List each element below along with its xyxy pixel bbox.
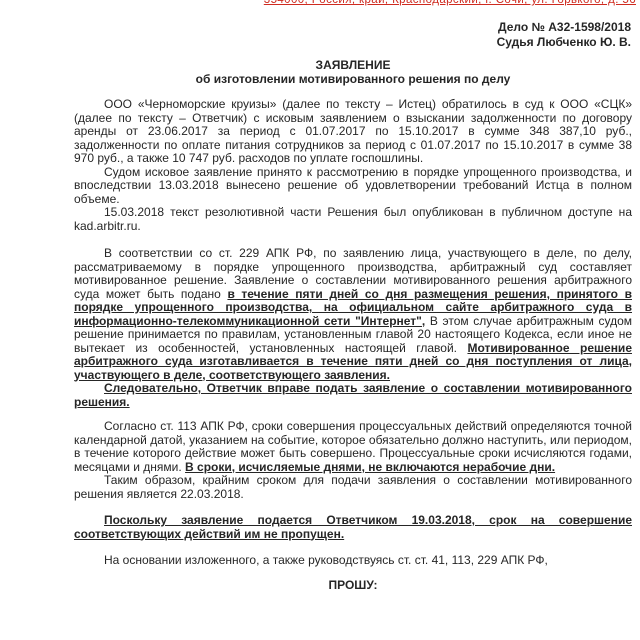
body-text: Таким образом, крайним сроком для подачи… — [74, 473, 632, 501]
emphasized-text: Поскольку заявление подается Ответчиком … — [74, 513, 632, 541]
body-text: 15.03.2018 текст резолютивной части Реше… — [74, 205, 632, 233]
case-info: Дело № А32-1598/2018 Судья Любченко Ю. В… — [497, 20, 631, 50]
body-text: Судом исковое заявление принято к рассмо… — [74, 165, 632, 206]
document-title: ЗАЯВЛЕНИЕ — [74, 58, 632, 72]
document-subtitle: об изготовлении мотивированного решения … — [74, 72, 632, 86]
paragraph-deadline: Таким образом, крайним сроком для подачи… — [74, 474, 632, 501]
paragraph-claim-summary: ООО «Черноморские круизы» (далее по текс… — [74, 98, 632, 166]
body-text: На основании изложенного, а также руково… — [104, 553, 548, 567]
body-text: ООО «Черноморские круизы» (далее по текс… — [74, 97, 632, 165]
judge-name: Судья Любченко Ю. В. — [497, 35, 631, 50]
paragraph-apk-229: В соответствии со ст. 229 АПК РФ, по зая… — [74, 247, 632, 382]
case-number: Дело № А32-1598/2018 — [497, 20, 631, 35]
paragraph-legal-basis: На основании изложенного, а также руково… — [74, 554, 632, 568]
paragraph-publication: 15.03.2018 текст резолютивной части Реше… — [74, 206, 632, 233]
document-page: 354000, Россия, край, Краснодарский, г. … — [0, 0, 640, 640]
document-body: ООО «Черноморские круизы» (далее по текс… — [74, 98, 632, 592]
paragraph-apk-113: Согласно ст. 113 АПК РФ, сроки совершени… — [74, 420, 632, 474]
title-block: ЗАЯВЛЕНИЕ об изготовлении мотивированног… — [74, 58, 632, 86]
paragraph-timeliness: Поскольку заявление подается Ответчиком … — [74, 514, 632, 541]
emphasized-text: Следовательно, Ответчик вправе подать за… — [74, 381, 632, 409]
paragraph-conclusion-right: Следовательно, Ответчик вправе подать за… — [74, 382, 632, 409]
request-heading: ПРОШУ: — [74, 579, 632, 593]
emphasized-text: В сроки, исчисляемые днями, не включаютс… — [185, 460, 555, 474]
paragraph-court-acceptance: Судом исковое заявление принято к рассмо… — [74, 166, 632, 207]
header-address: 354000, Россия, край, Краснодарский, г. … — [264, 0, 636, 6]
